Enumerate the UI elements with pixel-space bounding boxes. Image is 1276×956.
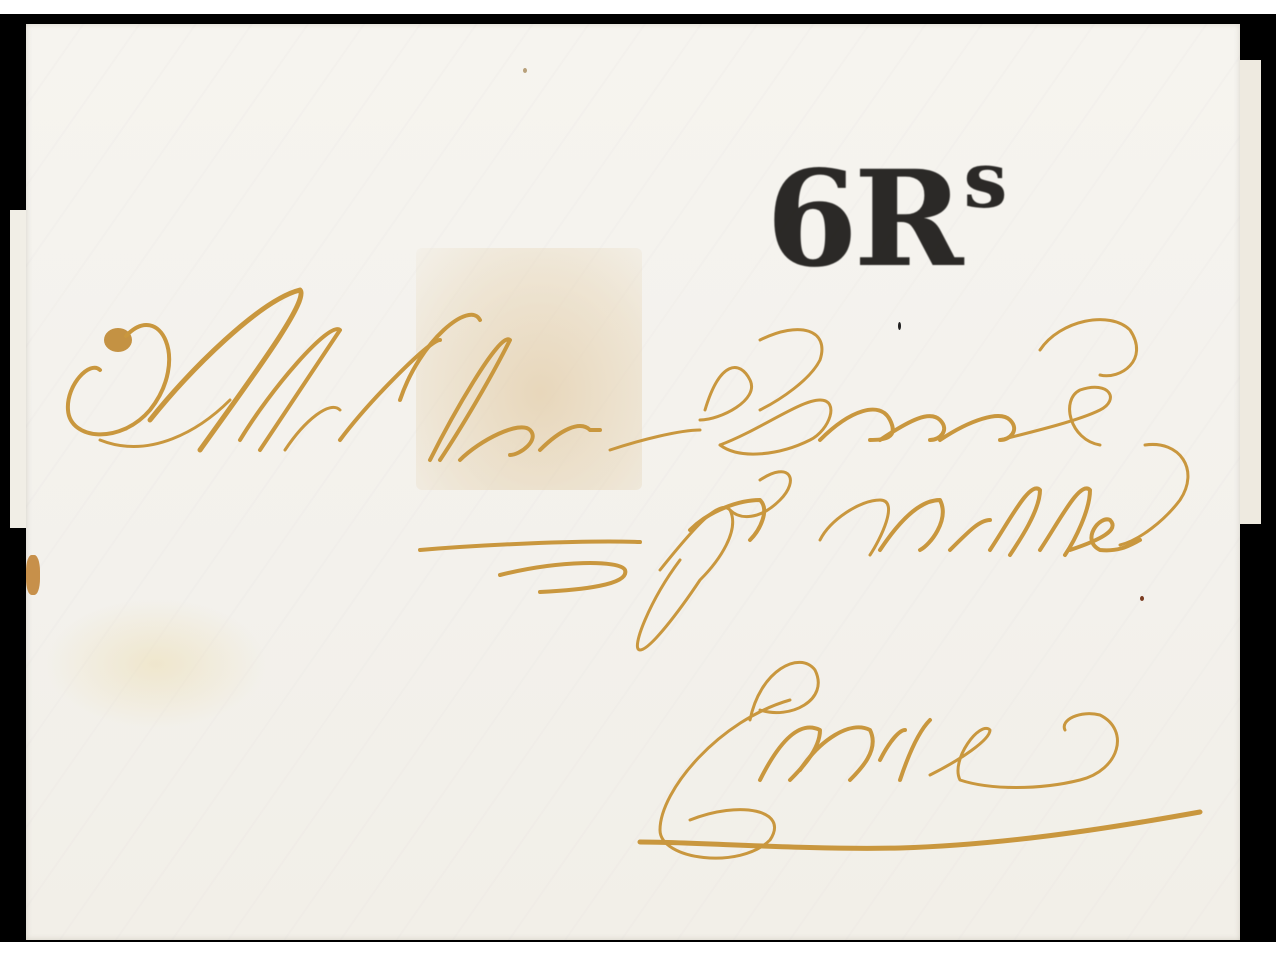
manuscript-address: [0, 0, 1276, 956]
address-line-3: Cadice: [0, 0, 1, 1]
